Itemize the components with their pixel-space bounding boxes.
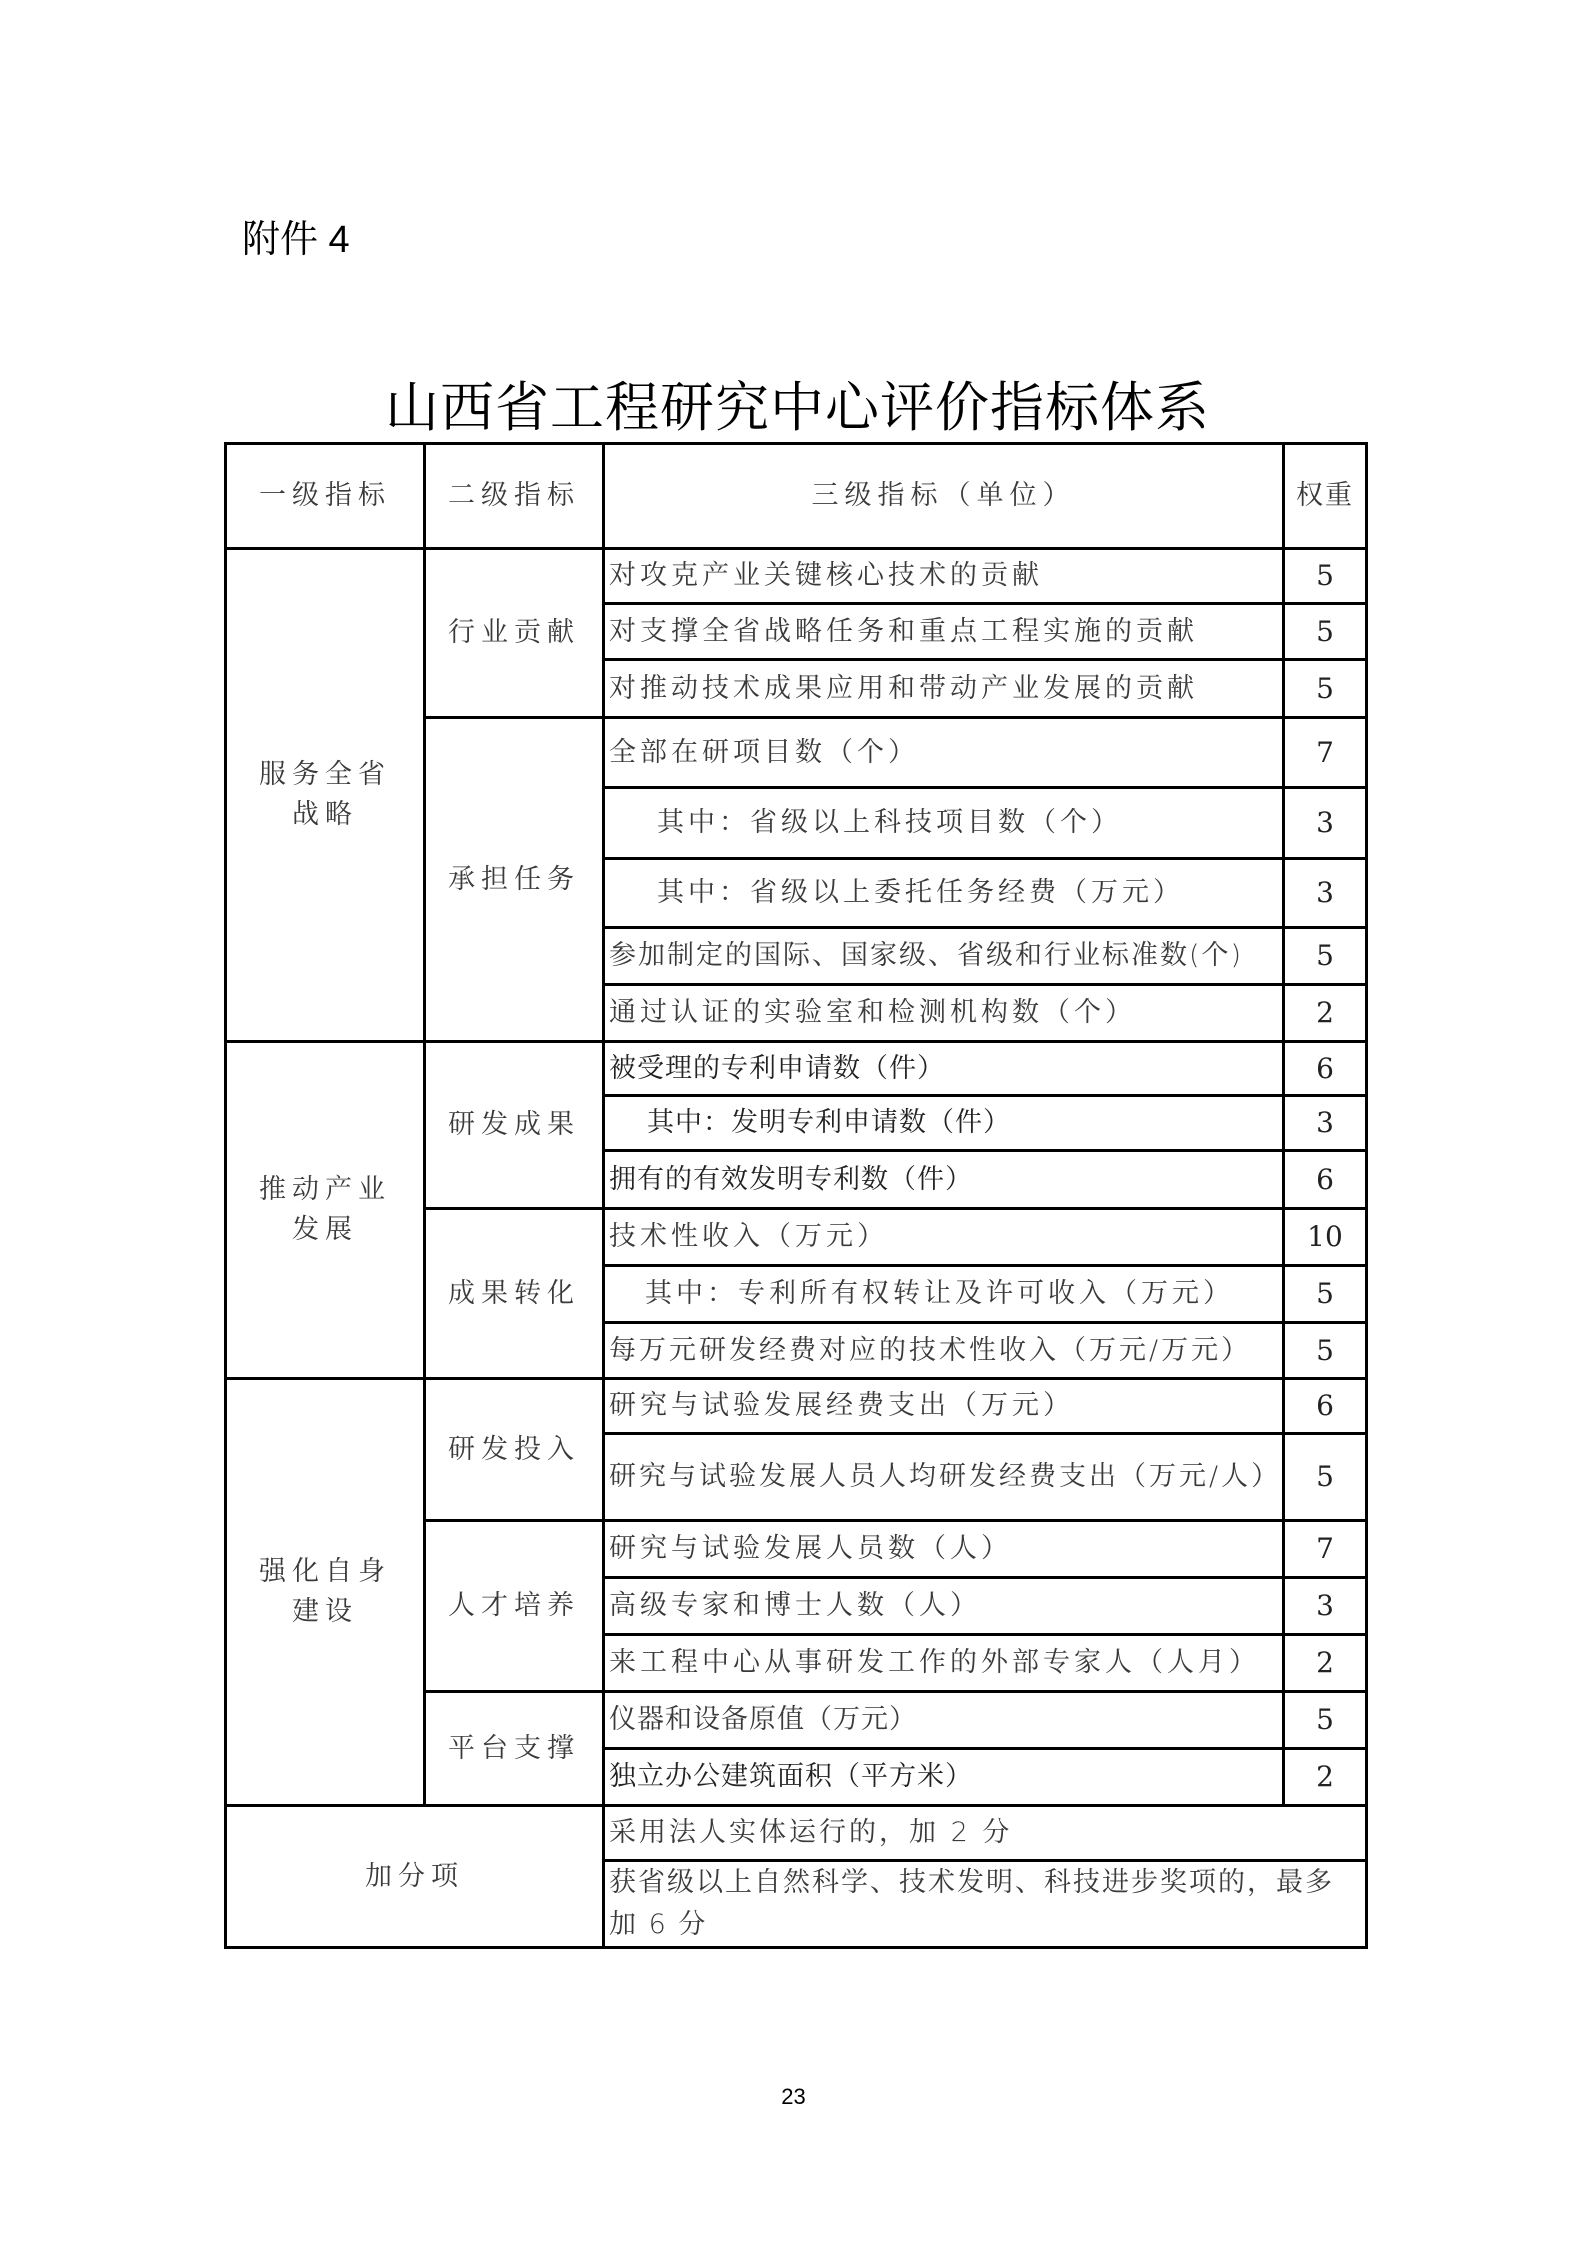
- page-title: 山西省工程研究中心评价指标体系: [0, 365, 1587, 442]
- indicator-cell: 其中：专利所有权转让及许可收入（万元）: [604, 1266, 1284, 1323]
- indicator-cell: 仪器和设备原值（万元）: [604, 1692, 1284, 1749]
- level2-cell: 研发投入: [425, 1379, 604, 1521]
- indicator-cell: 其中：省级以上委托任务经费（万元）: [604, 859, 1284, 928]
- level1-cell: 服务全省战略: [226, 549, 425, 1042]
- bonus-item: 采用法人实体运行的，加 2 分: [604, 1806, 1367, 1861]
- level2-cell: 人才培养: [425, 1521, 604, 1692]
- indicator-cell: 对支撑全省战略任务和重点工程实施的贡献: [604, 604, 1284, 660]
- weight-cell: 3: [1284, 788, 1367, 859]
- weight-cell: 2: [1284, 1749, 1367, 1806]
- bonus-row: 加分项 采用法人实体运行的，加 2 分: [226, 1806, 1367, 1861]
- indicator-cell: 其中：省级以上科技项目数（个）: [604, 788, 1284, 859]
- weight-cell: 7: [1284, 1521, 1367, 1578]
- indicator-cell: 通过认证的实验室和检测机构数（个）: [604, 985, 1284, 1042]
- weight-cell: 5: [1284, 1692, 1367, 1749]
- indicator-cell: 对攻克产业关键核心技术的贡献: [604, 549, 1284, 604]
- weight-cell: 3: [1284, 859, 1367, 928]
- weight-cell: 5: [1284, 1434, 1367, 1521]
- weight-cell: 6: [1284, 1042, 1367, 1096]
- weight-cell: 2: [1284, 985, 1367, 1042]
- bonus-item: 获省级以上自然科学、技术发明、科技进步奖项的，最多加 6 分: [604, 1861, 1367, 1948]
- weight-cell: 3: [1284, 1578, 1367, 1635]
- indicator-cell: 拥有的有效发明专利数（件）: [604, 1151, 1284, 1209]
- column-header-level3: 三级指标（单位）: [604, 444, 1284, 549]
- indicator-cell: 研究与试验发展人员数（人）: [604, 1521, 1284, 1578]
- level2-cell: 承担任务: [425, 718, 604, 1042]
- weight-cell: 5: [1284, 928, 1367, 985]
- weight-cell: 5: [1284, 549, 1367, 604]
- indicator-cell: 高级专家和博士人数（人）: [604, 1578, 1284, 1635]
- weight-cell: 5: [1284, 604, 1367, 660]
- indicator-cell: 每万元研发经费对应的技术性收入（万元/万元）: [604, 1323, 1284, 1379]
- level1-cell: 强化自身建设: [226, 1379, 425, 1806]
- attachment-label: 附件 4: [242, 208, 350, 263]
- weight-cell: 5: [1284, 1266, 1367, 1323]
- level2-cell: 成果转化: [425, 1209, 604, 1379]
- indicator-cell: 全部在研项目数（个）: [604, 718, 1284, 788]
- indicator-cell: 研究与试验发展人员人均研发经费支出（万元/人）: [604, 1434, 1284, 1521]
- table-row: 服务全省战略 行业贡献 对攻克产业关键核心技术的贡献 5: [226, 549, 1367, 604]
- table-row: 强化自身建设 研发投入 研究与试验发展经费支出（万元） 6: [226, 1379, 1367, 1434]
- level2-cell: 行业贡献: [425, 549, 604, 718]
- weight-cell: 7: [1284, 718, 1367, 788]
- weight-cell: 10: [1284, 1209, 1367, 1266]
- weight-cell: 6: [1284, 1379, 1367, 1434]
- level1-cell: 推动产业发展: [226, 1042, 425, 1379]
- bonus-label: 加分项: [226, 1806, 604, 1948]
- indicator-cell: 研究与试验发展经费支出（万元）: [604, 1379, 1284, 1434]
- column-header-level1: 一级指标: [226, 444, 425, 549]
- indicator-cell: 其中：发明专利申请数（件）: [604, 1096, 1284, 1151]
- indicator-cell: 来工程中心从事研发工作的外部专家人（人月）: [604, 1635, 1284, 1692]
- indicator-cell: 被受理的专利申请数（件）: [604, 1042, 1284, 1096]
- level2-cell: 研发成果: [425, 1042, 604, 1209]
- weight-cell: 2: [1284, 1635, 1367, 1692]
- indicator-cell: 独立办公建筑面积（平方米）: [604, 1749, 1284, 1806]
- indicator-cell: 对推动技术成果应用和带动产业发展的贡献: [604, 660, 1284, 718]
- level2-cell: 平台支撑: [425, 1692, 604, 1806]
- weight-cell: 6: [1284, 1151, 1367, 1209]
- column-header-level2: 二级指标: [425, 444, 604, 549]
- evaluation-index-table: 一级指标 二级指标 三级指标（单位） 权重 服务全省战略 行业贡献 对攻克产业关…: [224, 442, 1368, 1949]
- weight-cell: 3: [1284, 1096, 1367, 1151]
- indicator-cell: 参加制定的国际、国家级、省级和行业标准数(个): [604, 928, 1284, 985]
- indicator-cell: 技术性收入（万元）: [604, 1209, 1284, 1266]
- column-header-weight: 权重: [1284, 444, 1367, 549]
- table-row: 推动产业发展 研发成果 被受理的专利申请数（件） 6: [226, 1042, 1367, 1096]
- weight-cell: 5: [1284, 1323, 1367, 1379]
- page-number: 23: [0, 2084, 1587, 2110]
- table-header-row: 一级指标 二级指标 三级指标（单位） 权重: [226, 444, 1367, 549]
- weight-cell: 5: [1284, 660, 1367, 718]
